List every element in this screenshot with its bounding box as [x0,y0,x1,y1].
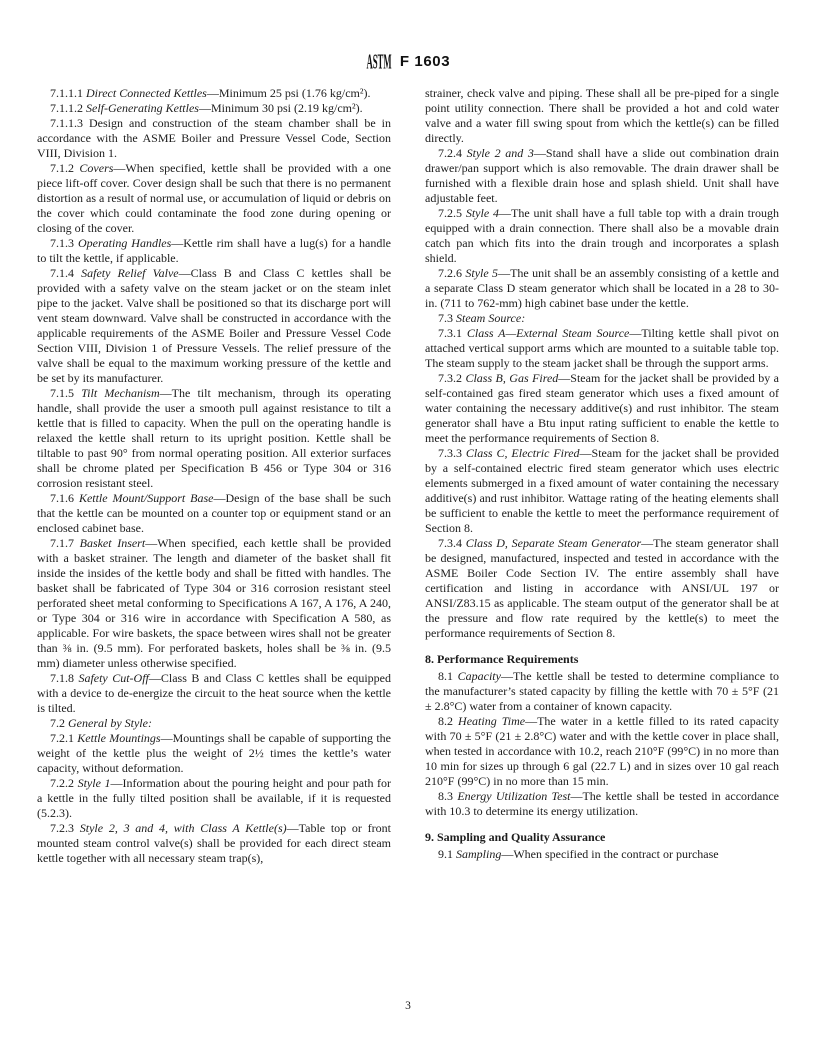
paragraph: 8.3 Energy Utilization Test—The kettle s… [425,789,779,819]
document-page: ASTM F 1603 7.1.1.1 Direct Connected Ket… [0,0,816,1056]
section-heading: 8. Performance Requirements [425,652,779,667]
paragraph: 7.2.2 Style 1—Information about the pour… [37,776,391,821]
paragraph: 7.1.2 Covers—When specified, kettle shal… [37,161,391,236]
paragraph: 7.1.3 Operating Handles—Kettle rim shall… [37,236,391,266]
paragraph: 7.2.6 Style 5—The unit shall be an assem… [425,266,779,311]
paragraph: 7.2.3 Style 2, 3 and 4, with Class A Ket… [37,821,391,866]
paragraph: 7.1.1.2 Self-Generating Kettles—Minimum … [37,101,391,116]
paragraph: 7.1.1.3 Design and construction of the s… [37,116,391,161]
paragraph: 7.1.6 Kettle Mount/Support Base—Design o… [37,491,391,536]
paragraph: 7.3.1 Class A—External Steam Source—Tilt… [425,326,779,371]
paragraph: 7.3.3 Class C, Electric Fired—Steam for … [425,446,779,536]
paragraph: 7.1.4 Safety Relief Valve—Class B and Cl… [37,266,391,386]
paragraph: 8.2 Heating Time—The water in a kettle f… [425,714,779,789]
svg-text:ASTM: ASTM [366,51,391,73]
standard-number: F 1603 [400,53,450,70]
document-body: 7.1.1.1 Direct Connected Kettles—Minimum… [37,86,779,991]
paragraph: 7.1.8 Safety Cut-Off—Class B and Class C… [37,671,391,716]
paragraph: 7.2.4 Style 2 and 3—Stand shall have a s… [425,146,779,206]
paragraph: 7.3.4 Class D, Separate Steam Generator—… [425,536,779,641]
paragraph: 7.3.2 Class B, Gas Fired—Steam for the j… [425,371,779,446]
paragraph: 9.1 Sampling—When specified in the contr… [425,847,779,862]
paragraph: strainer, check valve and piping. These … [425,86,779,146]
page-number: 3 [405,1000,411,1012]
page-header: ASTM F 1603 [0,47,816,75]
page-footer: 3 [0,1000,816,1012]
paragraph: 7.1.7 Basket Insert—When specified, each… [37,536,391,671]
paragraph: 7.3 Steam Source: [425,311,779,326]
paragraph: 7.2.5 Style 4—The unit shall have a full… [425,206,779,266]
paragraph: 7.1.5 Tilt Mechanism—The tilt mechanism,… [37,386,391,491]
section-heading: 9. Sampling and Quality Assurance [425,830,779,845]
paragraph: 7.2 General by Style: [37,716,391,731]
left-column: 7.1.1.1 Direct Connected Kettles—Minimum… [37,86,391,991]
paragraph: 7.2.1 Kettle Mountings—Mountings shall b… [37,731,391,776]
astm-logo-icon: ASTM [366,49,392,74]
paragraph: 7.1.1.1 Direct Connected Kettles—Minimum… [37,86,391,101]
paragraph: 8.1 Capacity—The kettle shall be tested … [425,669,779,714]
right-column: strainer, check valve and piping. These … [425,86,779,991]
